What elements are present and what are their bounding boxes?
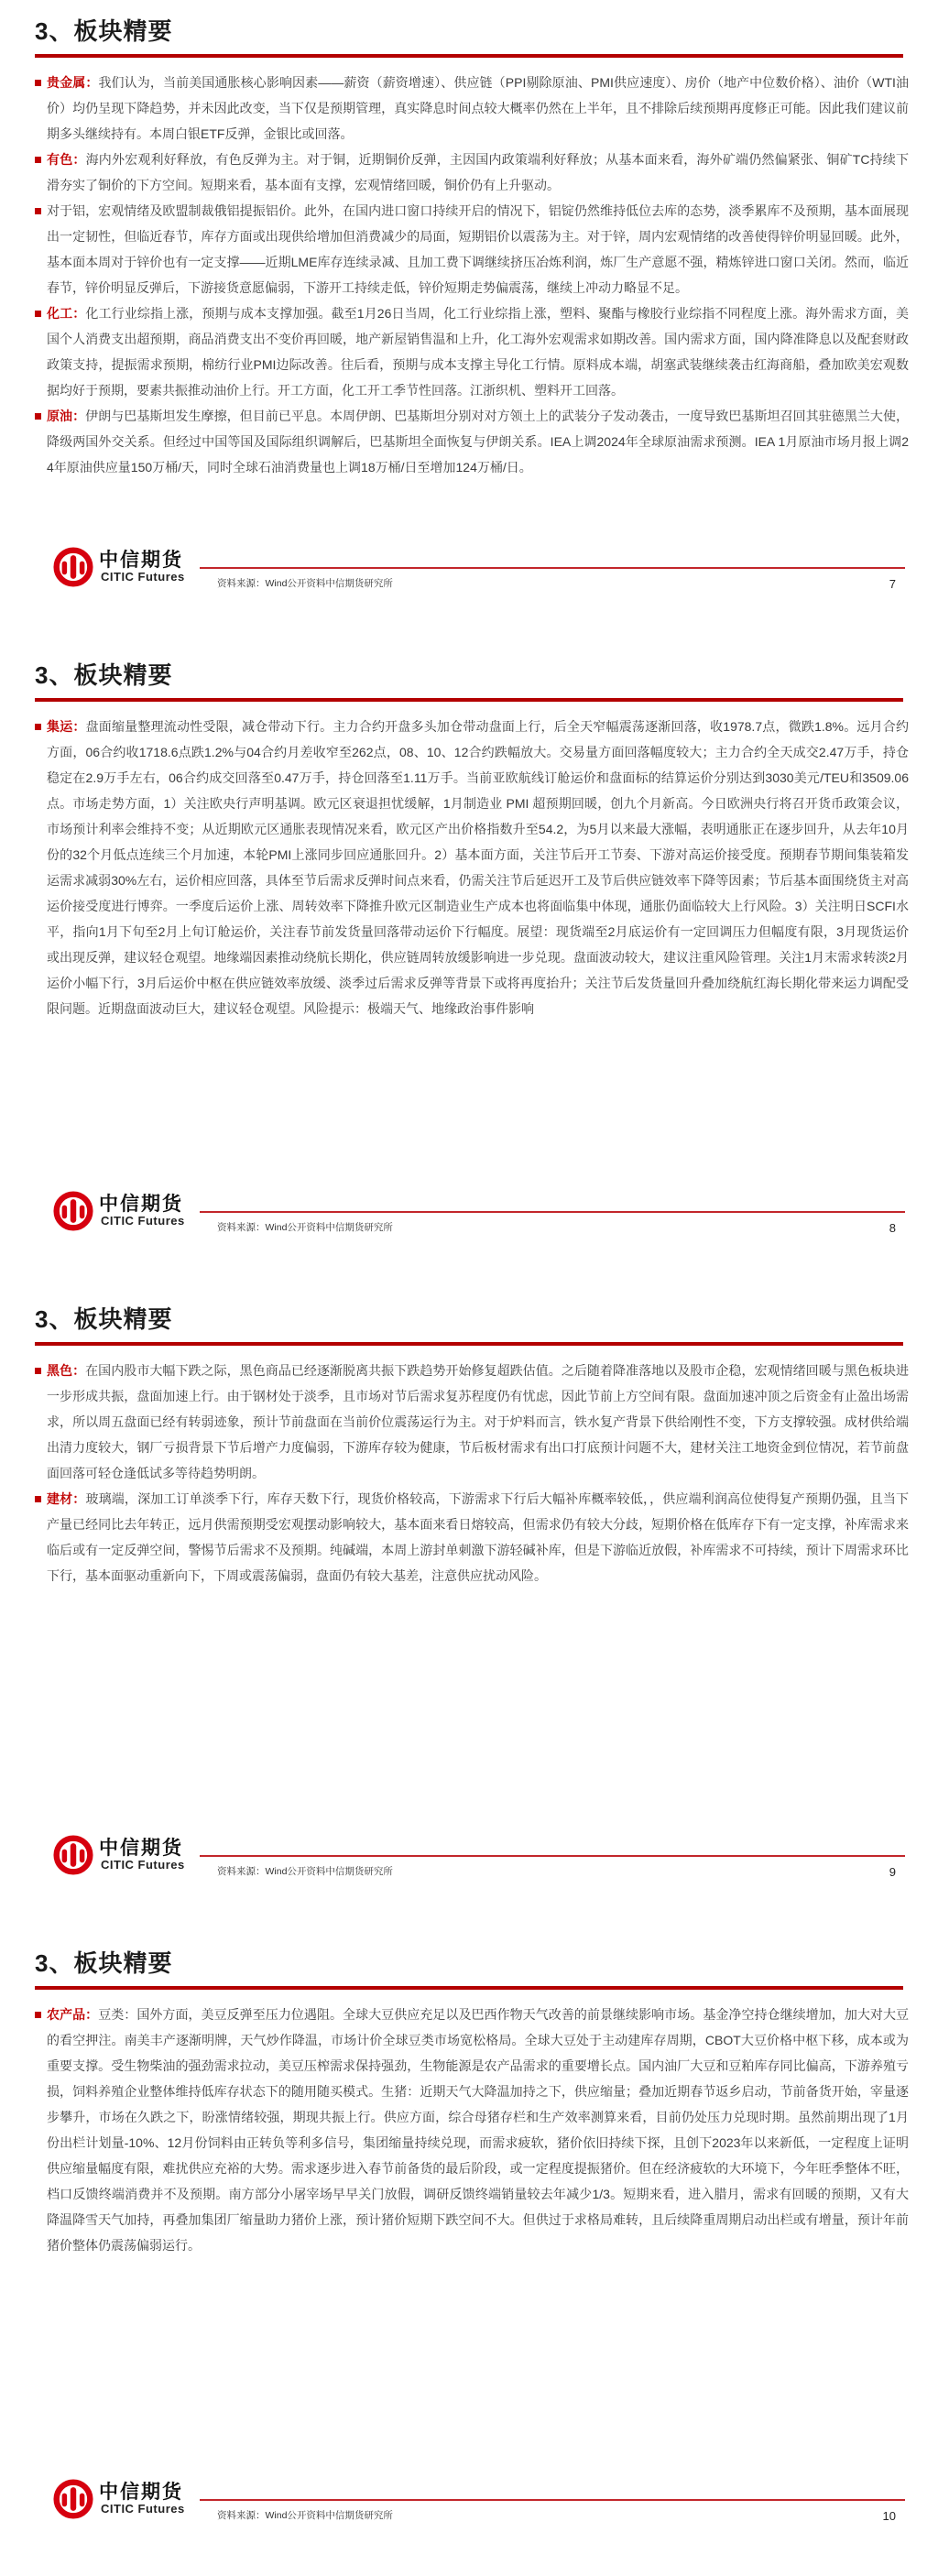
bullet-square-icon	[35, 311, 41, 317]
company-name-cn: 中信期货	[99, 2477, 183, 2505]
page-footer: 中信期货 CITIC Futures 资料来源：Wind公开资料中信期货研究所 …	[0, 2474, 938, 2538]
report-slide-9: 3、板块精要 黑色：在国内股市大幅下跌之际，黑色商品已经逐渐脱离共振下跌趋势开始…	[0, 1288, 938, 1932]
report-slide-7: 3、板块精要 贵金属：我们认为，当前美国通胀核心影响因素——薪资（薪资增速）、供…	[0, 0, 938, 644]
title-divider	[35, 1986, 903, 1990]
source-note: 资料来源：Wind公开资料中信期货研究所	[217, 576, 393, 590]
bullet-square-icon	[35, 724, 41, 730]
bullet-square-icon	[35, 157, 41, 163]
report-slide-10: 3、板块精要 农产品：豆类：国外方面，美豆反弹至压力位遇阻。全球大豆供应充足以及…	[0, 1932, 938, 2576]
bullet-label: 化工：	[47, 306, 85, 321]
bullet-label: 农产品：	[47, 2007, 98, 2022]
title-divider	[35, 54, 903, 58]
bullet-text: 豆类：国外方面，美豆反弹至压力位遇阻。全球大豆供应充足以及巴西作物天气改善的前景…	[47, 2007, 909, 2253]
bullet-text: 海内外宏观利好释放，有色反弹为主。对于铜，近期铜价反弹，主因国内政策端利好释放；…	[47, 152, 909, 192]
bullet-text: 伊朗与巴基斯坦发生摩擦，但目前已平息。本周伊朗、巴基斯坦分别对对方领土上的武装分…	[47, 409, 909, 475]
citic-logo-icon	[53, 2476, 93, 2522]
slide-content: 集运：盘面缩量整理流动性受限，减仓带动下行。主力合约开盘多头加仓带动盘面上行，后…	[35, 714, 909, 1021]
company-name-cn: 中信期货	[99, 545, 183, 573]
bullet-item-ferrous: 黑色：在国内股市大幅下跌之际，黑色商品已经逐渐脱离共振下跌趋势开始修复超跌估值。…	[35, 1358, 909, 1486]
footer-divider	[200, 1211, 905, 1213]
page-title: 3、板块精要	[35, 1945, 172, 1979]
company-name-cn: 中信期货	[99, 1189, 183, 1217]
page-number: 7	[889, 577, 896, 591]
bullet-item-precious-metals: 贵金属：我们认为，当前美国通胀核心影响因素——薪资（薪资增速）、供应链（PPI剔…	[35, 70, 909, 147]
footer-divider	[200, 1855, 905, 1857]
company-name-en: CITIC Futures	[101, 570, 185, 584]
title-divider	[35, 698, 903, 702]
bullet-label: 有色：	[47, 152, 86, 167]
bullet-item-nonferrous: 有色：海内外宏观利好释放，有色反弹为主。对于铜，近期铜价反弹，主因国内政策端利好…	[35, 147, 909, 198]
bullet-label: 集运：	[47, 719, 86, 734]
page-footer: 中信期货 CITIC Futures 资料来源：Wind公开资料中信期货研究所 …	[0, 542, 938, 606]
bullet-square-icon	[35, 2012, 41, 2018]
page-footer: 中信期货 CITIC Futures 资料来源：Wind公开资料中信期货研究所 …	[0, 1186, 938, 1250]
bullet-square-icon	[35, 1496, 41, 1502]
bullet-item-chemicals: 化工：化工行业综指上涨，预期与成本支撑加强。截至1月26日当周，化工行业综指上涨…	[35, 300, 909, 403]
bullet-text: 化工行业综指上涨，预期与成本支撑加强。截至1月26日当周，化工行业综指上涨，塑料…	[47, 306, 909, 398]
bullet-item-agriculture: 农产品：豆类：国外方面，美豆反弹至压力位遇阻。全球大豆供应充足以及巴西作物天气改…	[35, 2002, 909, 2258]
slide-content: 农产品：豆类：国外方面，美豆反弹至压力位遇阻。全球大豆供应充足以及巴西作物天气改…	[35, 2002, 909, 2258]
source-note: 资料来源：Wind公开资料中信期货研究所	[217, 1864, 393, 1878]
page-number: 9	[889, 1865, 896, 1879]
bullet-item-crude-oil: 原油：伊朗与巴基斯坦发生摩擦，但目前已平息。本周伊朗、巴基斯坦分别对对方领土上的…	[35, 403, 909, 480]
bullet-text: 对于铝，宏观情绪及欧盟制裁俄铝提振铝价。此外，在国内进口窗口持续开启的情况下，铝…	[47, 203, 909, 295]
footer-divider	[200, 567, 905, 569]
company-name-en: CITIC Futures	[101, 2502, 185, 2516]
slide-content: 贵金属：我们认为，当前美国通胀核心影响因素——薪资（薪资增速）、供应链（PPI剔…	[35, 70, 909, 480]
bullet-square-icon	[35, 208, 41, 214]
company-name-cn: 中信期货	[99, 1833, 183, 1861]
company-name-en: CITIC Futures	[101, 1214, 185, 1228]
title-divider	[35, 1342, 903, 1346]
bullet-text: 在国内股市大幅下跌之际，黑色商品已经逐渐脱离共振下跌趋势开始修复超跌估值。之后随…	[47, 1363, 909, 1480]
bullet-item-aluminum-zinc: 对于铝，宏观情绪及欧盟制裁俄铝提振铝价。此外，在国内进口窗口持续开启的情况下，铝…	[35, 198, 909, 300]
report-slide-8: 3、板块精要 集运：盘面缩量整理流动性受限，减仓带动下行。主力合约开盘多头加仓带…	[0, 644, 938, 1288]
page-number: 8	[889, 1221, 896, 1235]
bullet-label: 建材：	[47, 1491, 85, 1506]
citic-logo-icon	[53, 1188, 93, 1234]
slide-content: 黑色：在国内股市大幅下跌之际，黑色商品已经逐渐脱离共振下跌趋势开始修复超跌估值。…	[35, 1358, 909, 1588]
bullet-label: 原油：	[47, 409, 85, 423]
footer-divider	[200, 2499, 905, 2501]
bullet-text: 盘面缩量整理流动性受限，减仓带动下行。主力合约开盘多头加仓带动盘面上行，后全天窄…	[47, 719, 909, 1016]
source-note: 资料来源：Wind公开资料中信期货研究所	[217, 2508, 393, 2522]
bullet-square-icon	[35, 413, 41, 420]
citic-logo-icon	[53, 1832, 93, 1878]
bullet-item-shipping: 集运：盘面缩量整理流动性受限，减仓带动下行。主力合约开盘多头加仓带动盘面上行，后…	[35, 714, 909, 1021]
source-note: 资料来源：Wind公开资料中信期货研究所	[217, 1220, 393, 1234]
page-footer: 中信期货 CITIC Futures 资料来源：Wind公开资料中信期货研究所 …	[0, 1830, 938, 1894]
bullet-text: 玻璃端，深加工订单淡季下行，库存天数下行，现货价格较高，下游需求下行后大幅补库概…	[47, 1491, 909, 1583]
bullet-item-building-materials: 建材：玻璃端，深加工订单淡季下行，库存天数下行，现货价格较高，下游需求下行后大幅…	[35, 1486, 909, 1588]
page-number: 10	[883, 2509, 896, 2523]
bullet-text: 我们认为，当前美国通胀核心影响因素——薪资（薪资增速）、供应链（PPI剔除原油、…	[47, 75, 909, 141]
page-title: 3、板块精要	[35, 13, 172, 47]
page-title: 3、板块精要	[35, 657, 172, 691]
citic-logo-icon	[53, 544, 93, 590]
bullet-label: 贵金属：	[47, 75, 98, 90]
bullet-square-icon	[35, 1368, 41, 1374]
bullet-label: 黑色：	[47, 1363, 85, 1378]
page-title: 3、板块精要	[35, 1301, 172, 1335]
bullet-square-icon	[35, 80, 41, 86]
company-name-en: CITIC Futures	[101, 1858, 185, 1872]
